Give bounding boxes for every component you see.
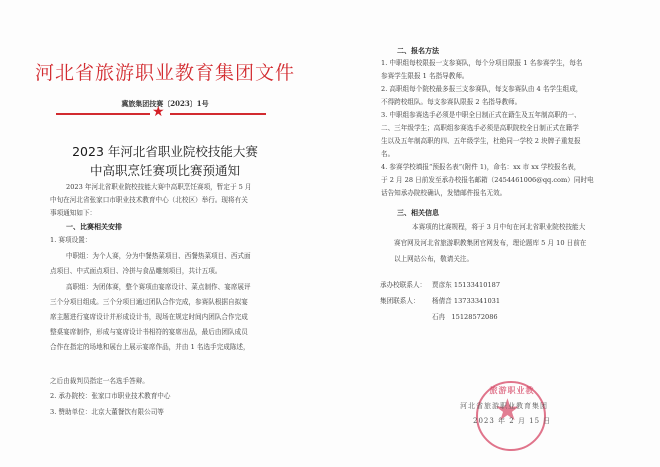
registration-email-line: 于 2 月 28 日前发至承办校报名邮箱（2454461006@qq.com）同… [381,176,594,185]
group-contact-value: 石冉 15128572086 [432,313,498,322]
group-contact-value: 杨倩音 13733341031 [432,297,500,306]
notice-title-line1: 2023 年河北省职业院校技能大赛 [0,142,330,160]
notice-title-line2: 中高职烹饪赛项比赛预通知 [0,161,330,179]
higher-group-line: 整桌宴席制作，形成与宴席设计书相符的宴席出品，最后由团队成员 [50,328,248,337]
host-contact-label: 承办校联系人： [380,281,426,290]
secondary-group-line: 中职组：为个人赛，分为中餐热菜项目、西餐热菜项目、西式面 [66,252,251,261]
intro-line: 中旬在河北省张家口市职业技术教育中心（北校区）举行。现将有关 [50,196,248,205]
intro-line: 2023 年河北省职业院校技能大赛中高职烹饪赛项，暂定于 5 月 [66,183,252,192]
registration-line: 二、三年级学生；高职组参赛选手必须是高职院校全日制正式在籍学 [381,124,579,133]
host-contact-value: 贾彦东 15133410187 [432,281,500,290]
registration-line: 名。 [381,150,394,159]
item2-host-school: 2. 承办院校：张家口市职业技术教育中心 [50,392,170,401]
item3-sponsor: 3. 赞助单位：北京大董餐饮有限公司等 [50,408,164,417]
red-divider-left [56,113,150,115]
registration-line: 生以及五年制高职的四、五年级学生，杜绝同一学校 2 块牌子重复报 [381,137,581,146]
higher-group-line: 高职组：为团体赛，整个赛项由宴席设计、菜点制作、宴席展评 [66,283,251,292]
higher-group-line: 之后由裁判员指定一名选手答辩。 [50,377,149,386]
intro-line: 事项通知如下： [50,209,96,218]
section1-heading: 一、比赛相关安排 [66,222,122,231]
secondary-group-line: 点项目、中式面点项目、冷拼与食品雕刻项目，共计五项。 [50,267,221,276]
signature-date: 2023 年 2 月 15 日 [473,416,551,426]
red-divider-right [170,113,266,115]
item1-label: 1. 赛项设置： [50,236,91,245]
higher-group-line: 合作在指定的场地和展台上展示宴席作品，并由 1 名选手完成陈述， [50,343,250,352]
registration-line: 话告知承办院校确认，发错邮件报名无效。 [381,189,506,198]
section3-heading: 三、相关信息 [397,208,439,217]
higher-group-line: 三个分项目组成。三个分项目通过团队合作完成，参赛队根据自拟宴 [50,298,248,307]
document-masthead: 河北省旅游职业教育集团文件 [0,58,330,85]
registration-line: 参赛学生限报 1 名指导教师。 [381,72,469,81]
registration-line: 2. 高职组每个院校最多报三支参赛队，每支参赛队由 4 名学生组成， [381,85,582,94]
registration-line: 不得跨校组队。每支参赛队限报 2 名指导教师。 [381,98,521,107]
red-star-icon: ★ [152,105,165,119]
group-contact-label: 集团联系人： [380,297,420,306]
info-line: 以上网站公布，敬请关注。 [394,255,473,264]
info-line: 赛官网及河北省旅游职教集团官网发布，理论题库 5 月 10 日前在 [394,239,586,248]
document-page-left: 河北省旅游职业教育集团文件 冀旅集团技赛〔2023〕1号 ★ 2023 年河北省… [0,0,330,467]
section2-heading: 二、报名方法 [397,46,439,55]
registration-line: 3. 中职组参赛选手必须是中职全日制正式在籍生及五年制高职的一、 [381,111,581,120]
document-number: 冀旅集团技赛〔2023〕1号 [0,99,330,109]
signature-org: 河北省旅游职业教育集团 [460,401,548,411]
higher-group-line: 席主题进行宴席设计并形成设计书，现场在规定时间内团队合作完成 [50,313,248,322]
registration-line: 4. 参赛学校填报“预报名表”(附件 1)，命名：xx 市 xx 学校报名表， [381,163,580,172]
info-line: 本赛项的比赛规程，将于 3 月中旬在河北省职业院校技能大 [412,223,585,232]
registration-line: 1. 中职组每校限报一支参赛队，每个分项目限报 1 名参赛学生，每名 [381,59,582,68]
